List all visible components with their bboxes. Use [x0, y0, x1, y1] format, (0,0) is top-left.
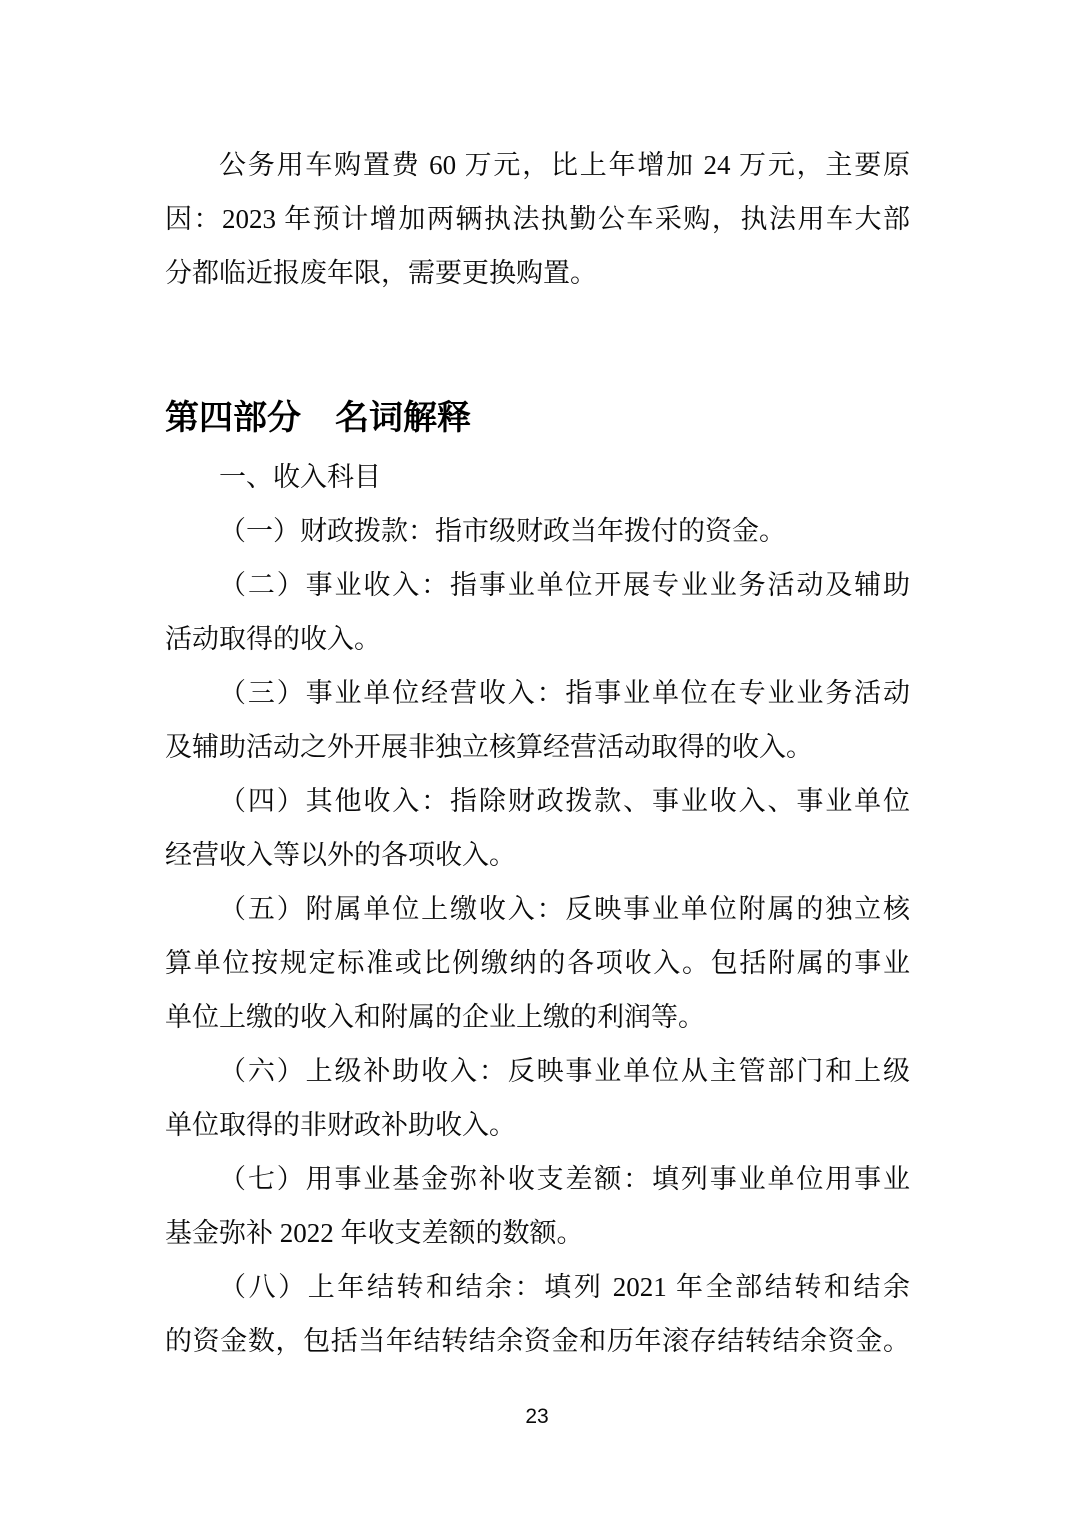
text-line: （五）附属单位上缴收入：反映事业单位附属的独立核: [165, 882, 910, 936]
text-line: （二）事业收入：指事业单位开展专业业务活动及辅助: [165, 558, 910, 612]
text-line: 单位取得的非财政补助收入。: [165, 1098, 910, 1152]
document-page: 公务用车购置费 60 万元，比上年增加 24 万元，主要原因：2023 年预计增…: [0, 0, 1074, 1520]
text-line: （三）事业单位经营收入：指事业单位在专业业务活动: [165, 666, 910, 720]
text-body: 公务用车购置费 60 万元，比上年增加 24 万元，主要原因：2023 年预计增…: [165, 0, 910, 1368]
paragraph: （六）上级补助收入：反映事业单位从主管部门和上级单位取得的非财政补助收入。: [165, 1044, 910, 1152]
paragraph: （二）事业收入：指事业单位开展专业业务活动及辅助活动取得的收入。: [165, 558, 910, 666]
paragraph: （四）其他收入：指除财政拨款、事业收入、事业单位经营收入等以外的各项收入。: [165, 774, 910, 882]
paragraph: 一、收入科目: [165, 450, 910, 504]
paragraph: （七）用事业基金弥补收支差额：填列事业单位用事业基金弥补 2022 年收支差额的…: [165, 1152, 910, 1260]
text-line: 及辅助活动之外开展非独立核算经营活动取得的收入。: [165, 720, 910, 774]
text-line: （一）财政拨款：指市级财政当年拨付的资金。: [165, 504, 910, 558]
text-line: （四）其他收入：指除财政拨款、事业收入、事业单位: [165, 774, 910, 828]
text-line: （七）用事业基金弥补收支差额：填列事业单位用事业: [165, 1152, 910, 1206]
paragraph: （一）财政拨款：指市级财政当年拨付的资金。: [165, 504, 910, 558]
paragraph: （五）附属单位上缴收入：反映事业单位附属的独立核算单位按规定标准或比例缴纳的各项…: [165, 882, 910, 1044]
paragraph: （三）事业单位经营收入：指事业单位在专业业务活动及辅助活动之外开展非独立核算经营…: [165, 666, 910, 774]
paragraph: （八）上年结转和结余：填列 2021 年全部结转和结余的资金数，包括当年结转结余…: [165, 1260, 910, 1368]
text-line: 单位上缴的收入和附属的企业上缴的利润等。: [165, 990, 910, 1044]
paragraph: 公务用车购置费 60 万元，比上年增加 24 万元，主要原因：2023 年预计增…: [165, 138, 910, 300]
text-line: 一、收入科目: [165, 450, 910, 504]
text-line: 的资金数，包括当年结转结余资金和历年滚存结转结余资金。: [165, 1314, 910, 1368]
text-line: 经营收入等以外的各项收入。: [165, 828, 910, 882]
text-line: （八）上年结转和结余：填列 2021 年全部结转和结余: [165, 1260, 910, 1314]
text-line: 分都临近报废年限，需要更换购置。: [165, 246, 910, 300]
text-line: 公务用车购置费 60 万元，比上年增加 24 万元，主要原: [165, 138, 910, 192]
text-line: 基金弥补 2022 年收支差额的数额。: [165, 1206, 910, 1260]
section-heading: 第四部分 名词解释: [165, 396, 910, 440]
text-line: 活动取得的收入。: [165, 612, 910, 666]
text-line: 算单位按规定标准或比例缴纳的各项收入。包括附属的事业: [165, 936, 910, 990]
text-line: （六）上级补助收入：反映事业单位从主管部门和上级: [165, 1044, 910, 1098]
text-line: 因：2023 年预计增加两辆执法执勤公车采购，执法用车大部: [165, 192, 910, 246]
page-number: 23: [0, 1404, 1074, 1430]
